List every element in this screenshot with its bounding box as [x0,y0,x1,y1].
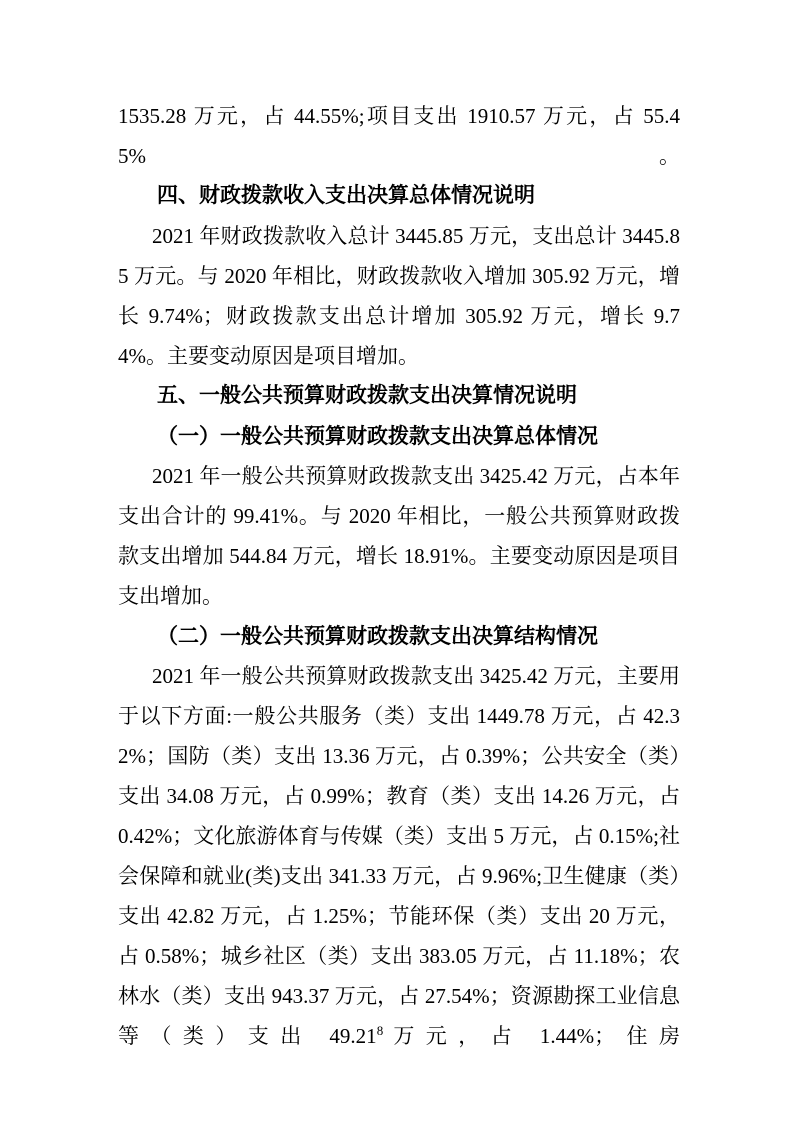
document-content: 1535.28 万元，占 44.55%;项目支出 1910.57 万元，占 55… [118,96,680,1056]
document-page: 1535.28 万元，占 44.55%;项目支出 1910.57 万元，占 55… [0,0,793,1122]
body-paragraph-general-budget-overview: 2021 年一般公共预算财政拨款支出 3425.42 万元，占本年支出合计的 9… [118,456,680,616]
body-paragraph-expenditure-structure: 2021 年一般公共预算财政拨款支出 3425.42 万元，主要用于以下方面:一… [118,656,680,1056]
subsection-heading-2: （二）一般公共预算财政拨款支出决算结构情况 [118,616,680,656]
section-heading-5: 五、一般公共预算财政拨款支出决算情况说明 [118,376,680,416]
body-paragraph-fiscal-totals: 2021 年财政拨款收入总计 3445.85 万元，支出总计 3445.85 万… [118,216,680,376]
subsection-heading-1: （一）一般公共预算财政拨款支出决算总体情况 [118,416,680,456]
continuation-paragraph: 1535.28 万元，占 44.55%;项目支出 1910.57 万元，占 55… [118,96,680,176]
page-number: 8 [360,1022,400,1040]
section-heading-4: 四、财政拨款收入支出决算总体情况说明 [118,176,680,216]
